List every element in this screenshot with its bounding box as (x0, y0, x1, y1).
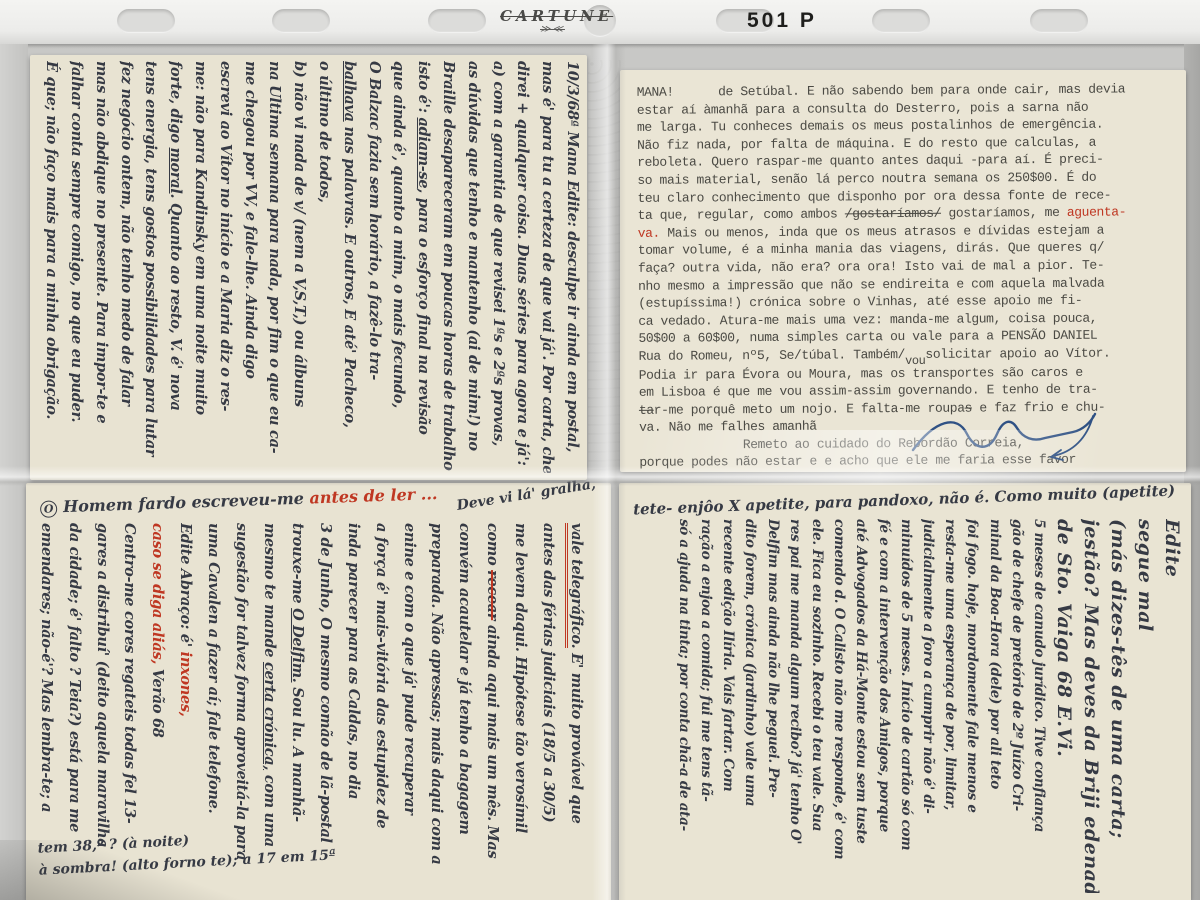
typewritten-letter-card: MANA! de Setúbal. E não sabendo bem para… (620, 70, 1186, 472)
punch-hole (872, 9, 930, 33)
sheet-code: 501 P (747, 9, 817, 33)
circled-mark: O (40, 500, 58, 518)
punch-hole (428, 9, 486, 33)
card-header-line: OHomem fardo escreveu-me antes de ler ..… (40, 484, 438, 518)
brand-logo: CARTUNE (500, 7, 613, 25)
handwritten-postcard-bottom-left: OHomem fardo escreveu-me antes de ler ..… (26, 483, 611, 900)
handwriting-rotated: Editesegue mal(más dizes-tês de uma cart… (625, 519, 1185, 893)
plastic-sleeve: CARTUNE ≫≪ 501 P 10/3/68ª Mana Edite: de… (0, 0, 1200, 900)
handwritten-postcard-bottom-right: tete- enjôo X apetite, para pandoxo, não… (619, 483, 1191, 900)
punch-hole (272, 9, 330, 33)
card-header-line: tete- enjôo X apetite, para pandoxo, não… (633, 482, 1176, 519)
punch-hole (1030, 9, 1088, 33)
plastic-reflection (640, 430, 1180, 485)
handwriting-rotated: 10/3/68ª Mana Edite: desculpe ir ainda e… (38, 61, 584, 473)
handwritten-postcard-top-left: 10/3/68ª Mana Edite: desculpe ir ainda e… (30, 55, 587, 480)
sleeve-top-strip: CARTUNE ≫≪ 501 P (0, 0, 1200, 44)
corner-shadow (0, 840, 240, 900)
red-ink-note: antes de ler ... (309, 484, 438, 507)
punch-hole (117, 9, 175, 33)
brand-emblem-icon: ≫≪ (540, 24, 565, 35)
